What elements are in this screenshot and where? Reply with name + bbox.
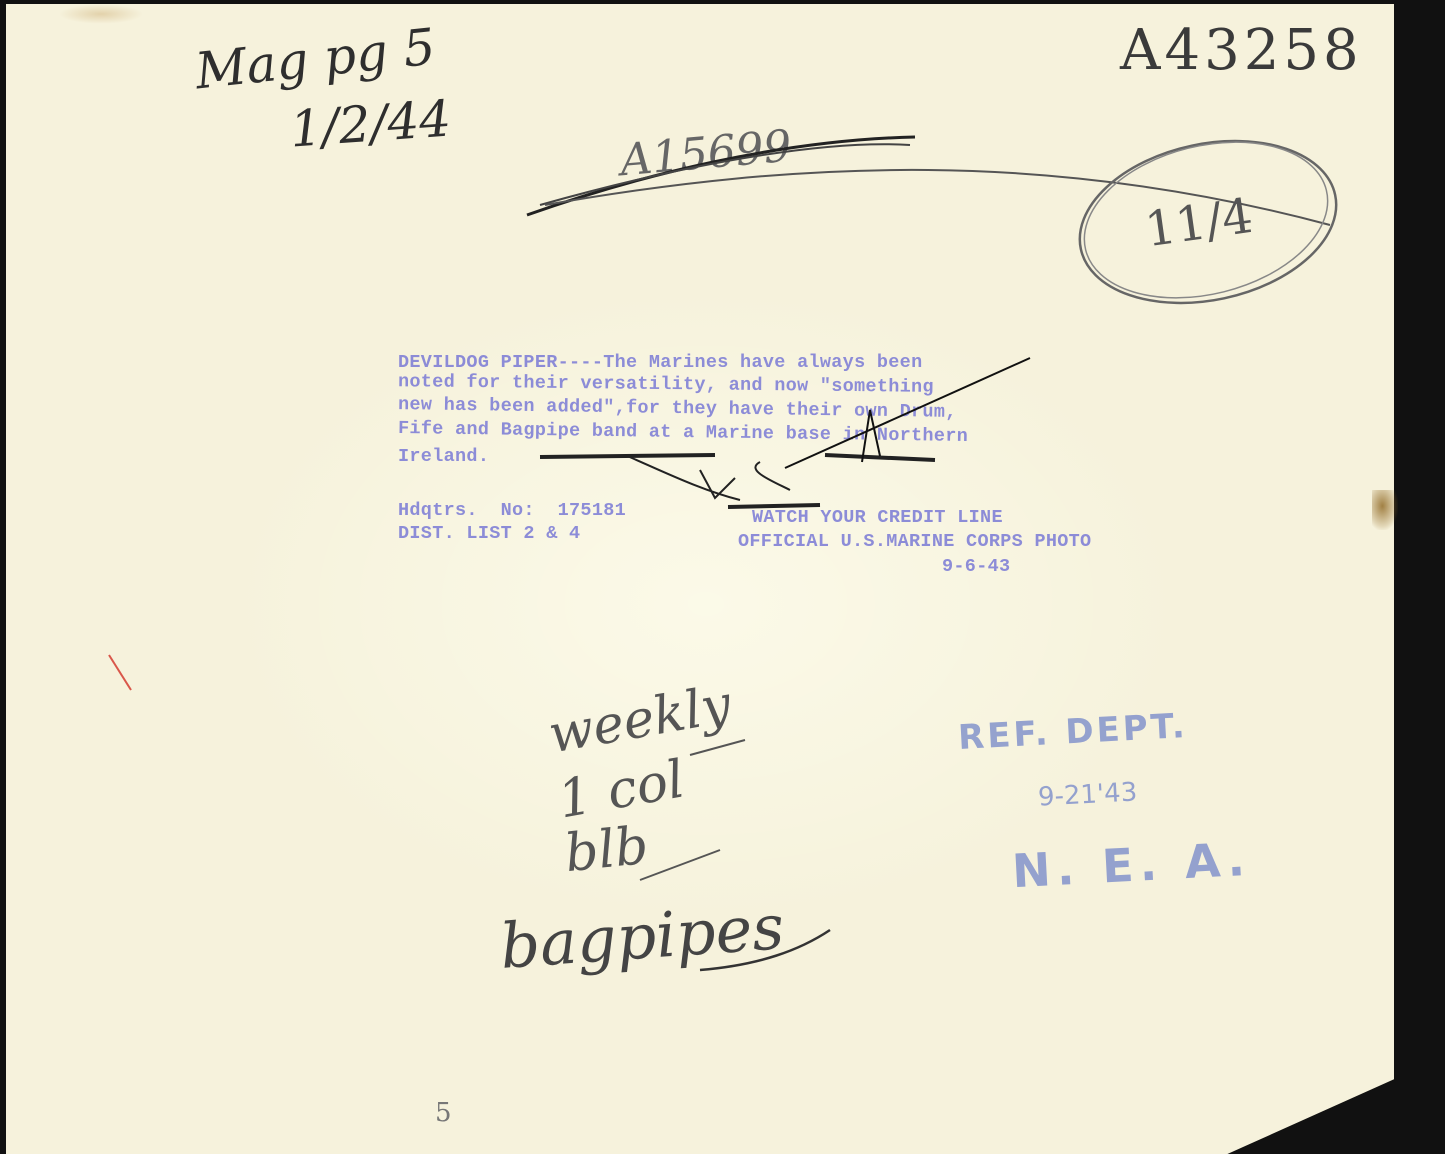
handwritten-archive-id: A43258 <box>1120 18 1363 83</box>
distribution-list: DIST. LIST 2 & 4 <box>398 523 580 544</box>
handwritten-note-blb: blb <box>562 816 651 884</box>
hdqtrs-number: Hdqtrs. No: 175181 <box>398 500 626 521</box>
stain-mark <box>1372 490 1398 530</box>
caption-line-5: Ireland. <box>398 446 489 467</box>
stamp-date: 9-21'43 <box>1037 777 1138 812</box>
handwritten-date: 1/2/44 <box>288 89 453 158</box>
credit-line-notice: WATCH YOUR CREDIT LINE <box>752 507 1003 528</box>
handwritten-bottom-mark: 5 <box>435 1098 452 1128</box>
caption-line-1: DEVILDOG PIPER----The Marines have alway… <box>398 352 922 373</box>
official-photo-credit: OFFICIAL U.S.MARINE CORPS PHOTO <box>738 531 1091 552</box>
caption-date: 9-6-43 <box>942 556 1010 577</box>
